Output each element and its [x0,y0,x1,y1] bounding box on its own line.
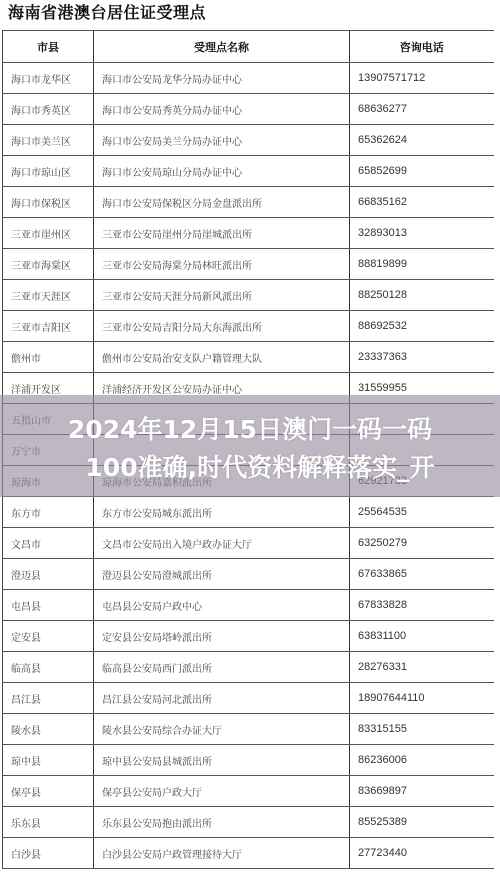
table-row: 临高县临高县公安局西门派出所28276331 [3,652,494,683]
cell-office: 澄迈县公安局澄城派出所 [94,559,350,590]
table-row: 乐东县乐东县公安局抱由派出所85525389 [3,807,494,838]
cell-office: 三亚市公安局吉阳分局大东海派出所 [94,311,350,342]
cell-phone: 67633865 [350,559,494,590]
table-header-row: 市县 受理点名称 咨询电话 [3,31,494,63]
cell-phone: 83669897 [350,776,494,807]
table-row: 陵水县陵水县公安局综合办证大厅83315155 [3,714,494,745]
cell-city: 儋州市 [3,342,94,373]
cell-city: 海口市秀英区 [3,94,94,125]
table-row: 海口市保税区海口市公安局保税区分局金盘派出所66835162 [3,187,494,218]
cell-office: 昌江县公安局河北派出所 [94,683,350,714]
cell-office: 乐东县公安局抱由派出所 [94,807,350,838]
cell-phone: 88250128 [350,280,494,311]
cell-city: 乐东县 [3,807,94,838]
cell-office: 海口市公安局龙华分局办证中心 [94,63,350,94]
cell-office: 琼中县公安局县城派出所 [94,745,350,776]
table-row: 保亭县保亭县公安局户政大厅83669897 [3,776,494,807]
table-row: 东方市东方市公安局城东派出所25564535 [3,497,494,528]
cell-city: 陵水县 [3,714,94,745]
cell-phone: 65362624 [350,125,494,156]
table-row: 琼中县琼中县公安局县城派出所86236006 [3,745,494,776]
cell-city: 定安县 [3,621,94,652]
cell-office: 三亚市公安局崖州分局崖城派出所 [94,218,350,249]
cell-office: 海口市公安局保税区分局金盘派出所 [94,187,350,218]
caption-line-1: 2024年12月15日澳门一码一码 [0,413,500,447]
cell-city: 昌江县 [3,683,94,714]
cell-office: 东方市公安局城东派出所 [94,497,350,528]
table-row: 海口市美兰区海口市公安局美兰分局办证中心65362624 [3,125,494,156]
caption-line-2: 100准确,时代资料解释落实_开 [10,451,500,485]
cell-city: 临高县 [3,652,94,683]
cell-phone: 85525389 [350,807,494,838]
cell-office: 保亭县公安局户政大厅 [94,776,350,807]
cell-city: 白沙县 [3,838,94,869]
table-row: 屯昌县屯昌县公安局户政中心67833828 [3,590,494,621]
cell-city: 海口市琼山区 [3,156,94,187]
cell-phone: 86236006 [350,745,494,776]
cell-city: 屯昌县 [3,590,94,621]
header-phone: 咨询电话 [350,31,494,63]
table-row: 文昌市文昌市公安局出入境户政办证大厅63250279 [3,528,494,559]
cell-office: 定安县公安局塔岭派出所 [94,621,350,652]
cell-city: 三亚市崖州区 [3,218,94,249]
table-row: 澄迈县澄迈县公安局澄城派出所67633865 [3,559,494,590]
cell-phone: 88692532 [350,311,494,342]
table-row: 昌江县昌江县公安局河北派出所18907644110 [3,683,494,714]
table-row: 定安县定安县公安局塔岭派出所63831100 [3,621,494,652]
cell-phone: 66835162 [350,187,494,218]
cell-city: 三亚市海棠区 [3,249,94,280]
cell-office: 白沙县公安局户政管理接待大厅 [94,838,350,869]
cell-phone: 25564535 [350,497,494,528]
cell-office: 陵水县公安局综合办证大厅 [94,714,350,745]
cell-office: 海口市公安局美兰分局办证中心 [94,125,350,156]
cell-phone: 83315155 [350,714,494,745]
table-row: 海口市秀英区海口市公安局秀英分局办证中心68636277 [3,94,494,125]
table-row: 三亚市天涯区三亚市公安局天涯分局新风派出所88250128 [3,280,494,311]
cell-phone: 68636277 [350,94,494,125]
cell-office: 三亚市公安局海棠分局林旺派出所 [94,249,350,280]
cell-city: 澄迈县 [3,559,94,590]
cell-city: 海口市龙华区 [3,63,94,94]
table-row: 三亚市吉阳区三亚市公安局吉阳分局大东海派出所88692532 [3,311,494,342]
cell-city: 文昌市 [3,528,94,559]
cell-office: 儋州市公安局治安支队户籍管理大队 [94,342,350,373]
cell-city: 三亚市天涯区 [3,280,94,311]
cell-office: 三亚市公安局天涯分局新风派出所 [94,280,350,311]
cell-phone: 65852699 [350,156,494,187]
table-row: 海口市龙华区海口市公安局龙华分局办证中心13907571712 [3,63,494,94]
document-title: 海南省港澳台居住证受理点 [8,2,206,24]
table-row: 海口市琼山区海口市公安局琼山分局办证中心65852699 [3,156,494,187]
table-row: 白沙县白沙县公安局户政管理接待大厅27723440 [3,838,494,869]
header-city: 市县 [3,31,94,63]
table-row: 儋州市儋州市公安局治安支队户籍管理大队23337363 [3,342,494,373]
cell-city: 三亚市吉阳区 [3,311,94,342]
cell-office: 海口市公安局琼山分局办证中心 [94,156,350,187]
cell-phone: 28276331 [350,652,494,683]
cell-phone: 18907644110 [350,683,494,714]
cell-phone: 13907571712 [350,63,494,94]
cell-city: 海口市保税区 [3,187,94,218]
cell-phone: 67833828 [350,590,494,621]
cell-phone: 32893013 [350,218,494,249]
table-row: 三亚市海棠区三亚市公安局海棠分局林旺派出所88819899 [3,249,494,280]
table-row: 三亚市崖州区三亚市公安局崖州分局崖城派出所32893013 [3,218,494,249]
cell-city: 海口市美兰区 [3,125,94,156]
cell-city: 琼中县 [3,745,94,776]
cell-phone: 63250279 [350,528,494,559]
header-office: 受理点名称 [94,31,350,63]
cell-office: 海口市公安局秀英分局办证中心 [94,94,350,125]
cell-city: 东方市 [3,497,94,528]
cell-phone: 23337363 [350,342,494,373]
cell-office: 屯昌县公安局户政中心 [94,590,350,621]
cell-office: 文昌市公安局出入境户政办证大厅 [94,528,350,559]
cell-office: 临高县公安局西门派出所 [94,652,350,683]
cell-city: 保亭县 [3,776,94,807]
cell-phone: 88819899 [350,249,494,280]
cell-phone: 27723440 [350,838,494,869]
cell-phone: 63831100 [350,621,494,652]
